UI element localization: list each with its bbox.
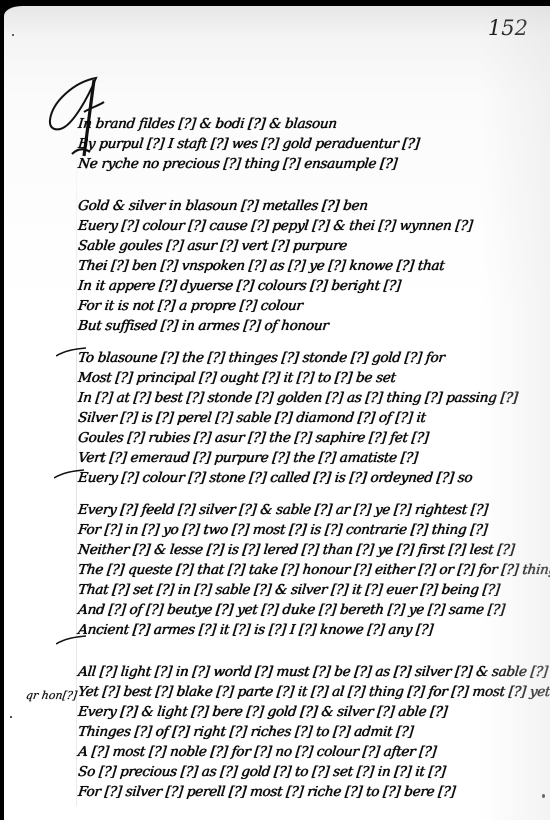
stanza-5-line-1: All [?] light [?] in [?] world [?] must … <box>77 664 548 680</box>
ink-speck <box>542 794 545 798</box>
stanza-2-line-1: Gold & silver in blasoun [?] metalles [?… <box>77 198 368 214</box>
stanza-4-line-3: Neither [?] & lesse [?] is [?] lered [?]… <box>77 542 515 558</box>
stanza-2-line-3: Sable goules [?] asur [?] vert [?] purpu… <box>77 238 348 254</box>
stanza-3-line-2: Most [?] principal [?] ought [?] it [?] … <box>77 370 396 386</box>
stanza-3-line-4: Silver [?] is [?] perel [?] sable [?] di… <box>77 410 426 426</box>
paragraph-flourish-icon <box>56 346 86 360</box>
stanza-2-line-2: Euery [?] colour [?] cause [?] pepyl [?]… <box>77 218 473 234</box>
stanza-3-line-3: In [?] at [?] best [?] stonde [?] golden… <box>77 390 518 406</box>
stanza-2-line-4: Thei [?] ben [?] vnspoken [?] as [?] ye … <box>77 258 445 274</box>
stanza-5-line-3: Every [?] & light [?] bere [?] gold [?] … <box>77 704 448 720</box>
stanza-2-line-7: But suffised [?] in armes [?] of honour <box>77 318 329 334</box>
stanza-1-line-2: By purpul [?] I staft [?] wes [?] gold p… <box>77 136 420 152</box>
stanza-3-line-5: Goules [?] rubies [?] asur [?] the [?] s… <box>77 430 429 446</box>
ink-speck <box>12 34 14 36</box>
marginal-note: qr hon[?] <box>25 689 78 702</box>
stanza-3-line-7: Euery [?] colour [?] stone [?] called [?… <box>77 470 473 486</box>
paragraph-flourish-icon <box>56 634 86 648</box>
stanza-5-line-7: For [?] silver [?] perell [?] most [?] r… <box>77 784 456 800</box>
stanza-2-line-6: For it is not [?] a propre [?] colour <box>77 298 303 314</box>
stanza-3-line-6: Vert [?] emeraud [?] purpure [?] the [?]… <box>77 450 418 466</box>
stanza-4-line-5: That [?] set [?] in [?] sable [?] & silv… <box>77 582 500 598</box>
stanza-4-line-2: For [?] in [?] yo [?] two [?] most [?] i… <box>77 522 488 538</box>
stanza-5-line-4: Thinges [?] of [?] right [?] riches [?] … <box>77 724 414 740</box>
folio-number: 152 <box>488 16 528 40</box>
ink-speck <box>10 716 12 718</box>
stanza-4-line-1: Every [?] feeld [?] silver [?] & sable [… <box>77 502 488 518</box>
stanza-5-line-6: So [?] precious [?] as [?] gold [?] to [… <box>77 764 446 780</box>
stanza-4-line-6: And [?] of [?] beutye [?] yet [?] duke [… <box>77 602 505 618</box>
scan-frame: 152 qr hon[?] In brand fildes [?] & bodi… <box>0 0 550 820</box>
stanza-5-line-5: A [?] most [?] noble [?] for [?] no [?] … <box>77 744 437 760</box>
stanza-1-line-3: Ne ryche no precious [?] thing [?] ensau… <box>77 156 398 172</box>
stanza-2-line-5: In it appere [?] dyuerse [?] colours [?]… <box>77 278 401 294</box>
stanza-4-line-7: Ancient [?] armes [?] it [?] is [?] I [?… <box>77 622 434 638</box>
stanza-4-line-4: The [?] queste [?] that [?] take [?] hon… <box>77 562 550 578</box>
paragraph-flourish-icon <box>54 468 84 482</box>
stanza-3-line-1: To blasoune [?] the [?] thinges [?] ston… <box>77 350 445 366</box>
manuscript-page: 152 qr hon[?] In brand fildes [?] & bodi… <box>4 6 550 820</box>
stanza-1-line-1: In brand fildes [?] & bodi [?] & blasoun <box>77 116 337 132</box>
stanza-5-line-2: Yet [?] best [?] blake [?] parte [?] it … <box>77 684 550 700</box>
